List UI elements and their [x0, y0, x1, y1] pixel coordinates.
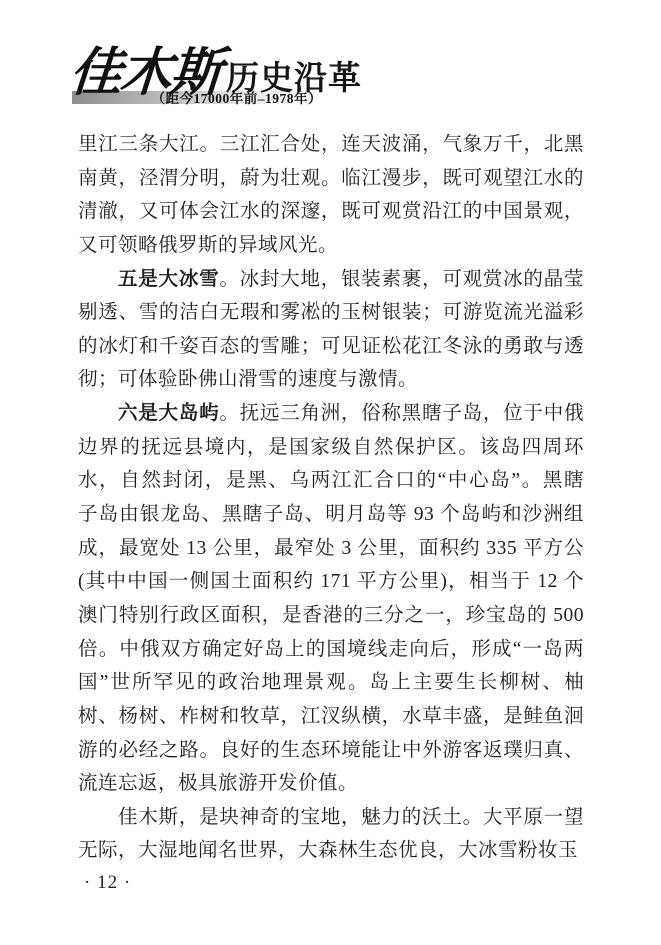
text-line: 的冰灯和千姿百态的雪雕；可见证松花江冬泳的勇敢与透 — [78, 330, 584, 364]
text-line: 游的必经之路。良好的生态环境能让中外游客返璞归真、 — [78, 734, 584, 768]
text-line: 无际，大湿地闻名世界，大森林生态优良，大冰雪粉妆玉 — [78, 834, 584, 868]
text-line: 彻；可体验卧佛山滑雪的速度与激情。 — [78, 363, 584, 397]
text-line: 树、杨树、柞树和牧草，江汊纵横，水草丰盛，是鲑鱼洄 — [78, 700, 584, 734]
page-number: · 12 · — [84, 872, 131, 894]
body-text: 里江三条大江。三江汇合处，连天波涌，气象万千，北黑南黄，泾渭分明，蔚为壮观。临江… — [78, 128, 584, 868]
text-line: 清澈，又可体会江水的深邃，既可观赏沿江的中国景观， — [78, 195, 584, 229]
text-line: 南黄，泾渭分明，蔚为壮观。临江漫步，既可观望江水的 — [78, 162, 584, 196]
text-line: 边界的抚远县境内，是国家级自然保护区。该岛四周环 — [78, 431, 584, 465]
book-subtitle-date-range: （距今17000年前–1978年） — [72, 87, 322, 107]
text-line: 五是大冰雪。冰封大地，银装素裹，可观赏冰的晶莹 — [78, 263, 584, 297]
text-line: 水，自然封闭，是黑、乌两江汇合口的“中心岛”。黑瞎 — [78, 464, 584, 498]
text-line: 国”世所罕见的政治地理景观。岛上主要生长柳树、柚 — [78, 666, 584, 700]
text-line: 流连忘返，极具旅游开发价值。 — [78, 767, 584, 801]
text-line: 六是大岛屿。抚远三角洲，俗称黑瞎子岛，位于中俄 — [78, 397, 584, 431]
text-line: 又可领略俄罗斯的异域风光。 — [78, 229, 584, 263]
book-page: 佳木斯 历史沿革 （距今17000年前–1978年） 里江三条大江。三江汇合处，… — [0, 0, 661, 945]
text-line: 子岛由银龙岛、黑瞎子岛、明月岛等 93 个岛屿和沙洲组 — [78, 498, 584, 532]
text-line: 里江三条大江。三江汇合处，连天波涌，气象万千，北黑 — [78, 128, 584, 162]
text-line: (其中中国一侧国土面积约 171 平方公里)，相当于 12 个 — [78, 565, 584, 599]
text-line: 倍。中俄双方确定好岛上的国境线走向后，形成“一岛两 — [78, 633, 584, 667]
text-line: 剔透、雪的洁白无瑕和雾凇的玉树银装；可游览流光溢彩 — [78, 296, 584, 330]
paragraph-lead-bold: 六是大岛屿 — [118, 402, 219, 424]
paragraph-lead-bold: 五是大冰雪 — [118, 268, 219, 290]
text-line: 佳木斯，是块神奇的宝地，魅力的沃土。大平原一望 — [78, 801, 584, 835]
text-line: 澳门特别行政区面积，是香港的三分之一，珍宝岛的 500 — [78, 599, 584, 633]
text-line: 成，最宽处 13 公里，最窄处 3 公里，面积约 335 平方公里 — [78, 532, 584, 566]
